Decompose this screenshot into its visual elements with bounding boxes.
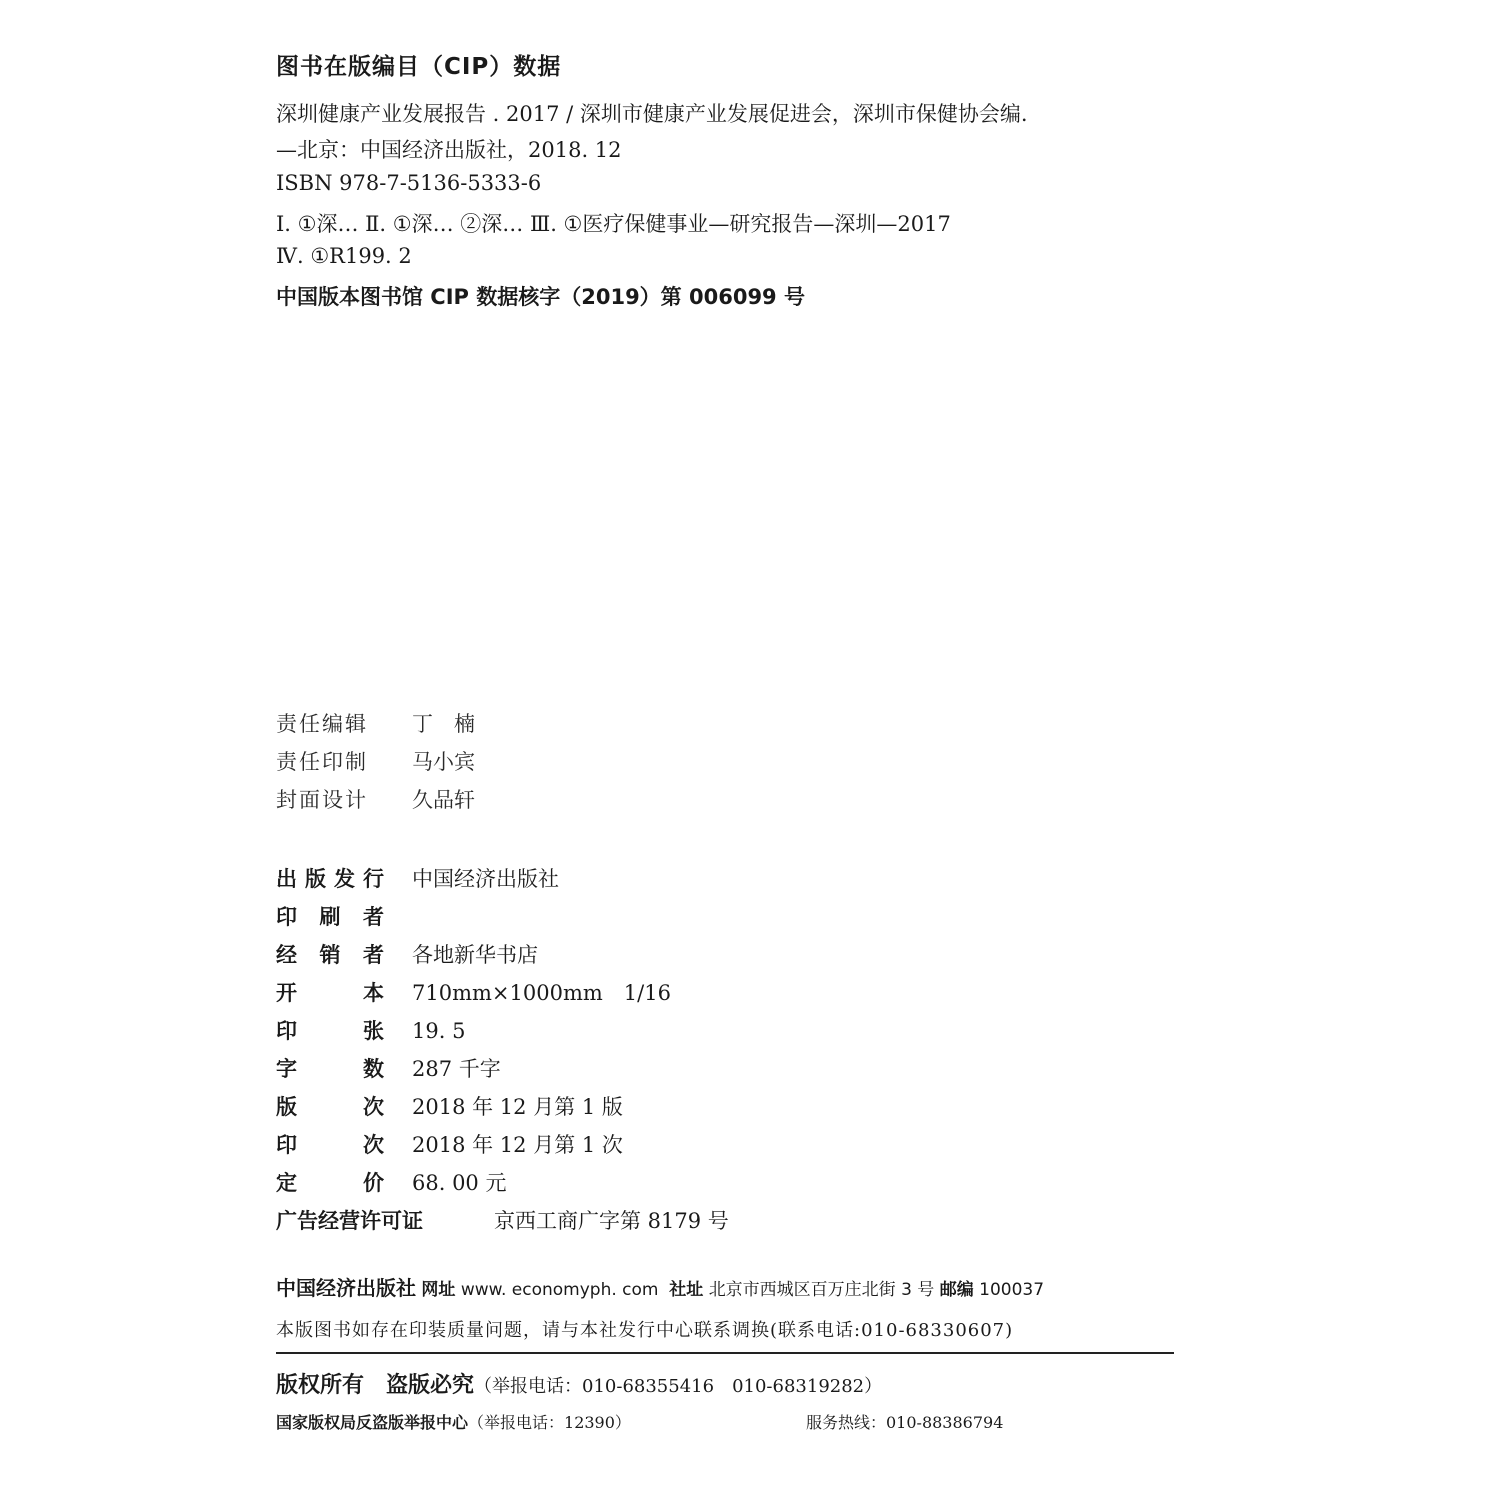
pub-row-printing: 印次2018 年 12 月第 1 次 xyxy=(276,1129,623,1159)
pub-row-printer: 印刷者 xyxy=(276,901,412,931)
pub-value: 2018 年 12 月第 1 次 xyxy=(412,1129,623,1159)
credit-label: 责任印制 xyxy=(276,746,412,776)
credit-cover-design: 封面设计久品轩 xyxy=(276,784,475,814)
postcode-value: 100037 xyxy=(979,1280,1044,1300)
pub-label: 版次 xyxy=(276,1091,384,1121)
credit-value: 丁 楠 xyxy=(412,712,475,736)
pub-label: 印张 xyxy=(276,1015,384,1045)
pub-value: 京西工商广字第 8179 号 xyxy=(494,1205,729,1235)
credit-label: 封面设计 xyxy=(276,784,412,814)
pub-value: 68. 00 元 xyxy=(412,1167,506,1197)
pub-label: 定价 xyxy=(276,1167,384,1197)
service-hotline: 服务热线：010-88386794 xyxy=(806,1410,1003,1433)
divider xyxy=(276,1352,1174,1354)
pub-label: 字数 xyxy=(276,1053,384,1083)
quality-notice: 本版图书如存在印装质量问题，请与本社发行中心联系调换(联系电话:010-6833… xyxy=(276,1316,1013,1342)
cip-classification: Ⅳ. ①R199. 2 xyxy=(276,244,412,268)
website-link[interactable]: www. economyph. com xyxy=(461,1280,659,1300)
address-value: 北京市西城区百万庄北街 3 号 xyxy=(709,1280,935,1300)
pub-label: 开本 xyxy=(276,977,384,1007)
cip-isbn: ISBN 978-7-5136-5333-6 xyxy=(276,171,541,195)
postcode-label: 邮编 xyxy=(940,1280,974,1300)
pub-value: 各地新华书店 xyxy=(412,939,538,969)
credit-value: 马小宾 xyxy=(412,750,475,774)
pub-row-distributor: 经销者各地新华书店 xyxy=(276,939,538,969)
pub-label: 经销者 xyxy=(276,939,384,969)
pub-row-ad-license: 广告经营许可证京西工商广字第 8179 号 xyxy=(276,1205,729,1235)
pub-row-sheets: 印张19. 5 xyxy=(276,1015,465,1045)
pub-row-publisher: 出版发行中国经济出版社 xyxy=(276,863,559,893)
copyright-phones: （举报电话：010-68355416 010-68319282） xyxy=(474,1376,882,1397)
pub-row-price: 定价68. 00 元 xyxy=(276,1167,506,1197)
footer-publisher-info: 中国经济出版社 网址 www. economyph. com 社址 北京市西城区… xyxy=(276,1272,1044,1301)
pub-label: 广告经营许可证 xyxy=(276,1205,494,1235)
pub-value: 2018 年 12 月第 1 版 xyxy=(412,1091,623,1121)
pub-value: 287 千字 xyxy=(412,1053,501,1083)
pub-value: 19. 5 xyxy=(412,1019,465,1043)
pub-row-wordcount: 字数287 千字 xyxy=(276,1053,501,1083)
credit-printing: 责任印制马小宾 xyxy=(276,746,475,776)
credit-value: 久品轩 xyxy=(412,788,475,812)
copyright-statement: 版权所有 盗版必究 xyxy=(276,1372,474,1398)
copyright-line: 版权所有 盗版必究（举报电话：010-68355416 010-68319282… xyxy=(276,1368,882,1399)
cip-publisher-line: —北京：中国经济出版社，2018. 12 xyxy=(276,134,622,164)
pub-label: 出版发行 xyxy=(276,863,384,893)
cip-subject-line: Ⅰ. ①深… Ⅱ. ①深… ②深… Ⅲ. ①医疗保健事业—研究报告—深圳—201… xyxy=(276,208,951,238)
pub-row-format: 开本710mm×1000mm 1/16 xyxy=(276,977,671,1007)
pub-label: 印次 xyxy=(276,1129,384,1159)
report-phone: （举报电话：12390） xyxy=(468,1413,631,1432)
pub-row-edition: 版次2018 年 12 月第 1 版 xyxy=(276,1091,623,1121)
report-center: 国家版权局反盗版举报中心 xyxy=(276,1413,468,1432)
cip-heading: 图书在版编目（CIP）数据 xyxy=(276,48,561,81)
cip-verification: 中国版本图书馆 CIP 数据核字（2019）第 006099 号 xyxy=(276,281,805,311)
credit-editor: 责任编辑丁 楠 xyxy=(276,708,475,738)
website-label: 网址 xyxy=(421,1280,455,1300)
credit-label: 责任编辑 xyxy=(276,708,412,738)
address-label: 社址 xyxy=(669,1280,703,1300)
pub-value: 中国经济出版社 xyxy=(412,863,559,893)
pub-label: 印刷者 xyxy=(276,901,384,931)
report-center-line: 国家版权局反盗版举报中心（举报电话：12390） xyxy=(276,1410,631,1433)
footer-publisher: 中国经济出版社 xyxy=(276,1276,416,1300)
cip-title-line: 深圳健康产业发展报告 . 2017 / 深圳市健康产业发展促进会，深圳市保健协会… xyxy=(276,98,1028,128)
pub-value: 710mm×1000mm 1/16 xyxy=(412,977,671,1007)
